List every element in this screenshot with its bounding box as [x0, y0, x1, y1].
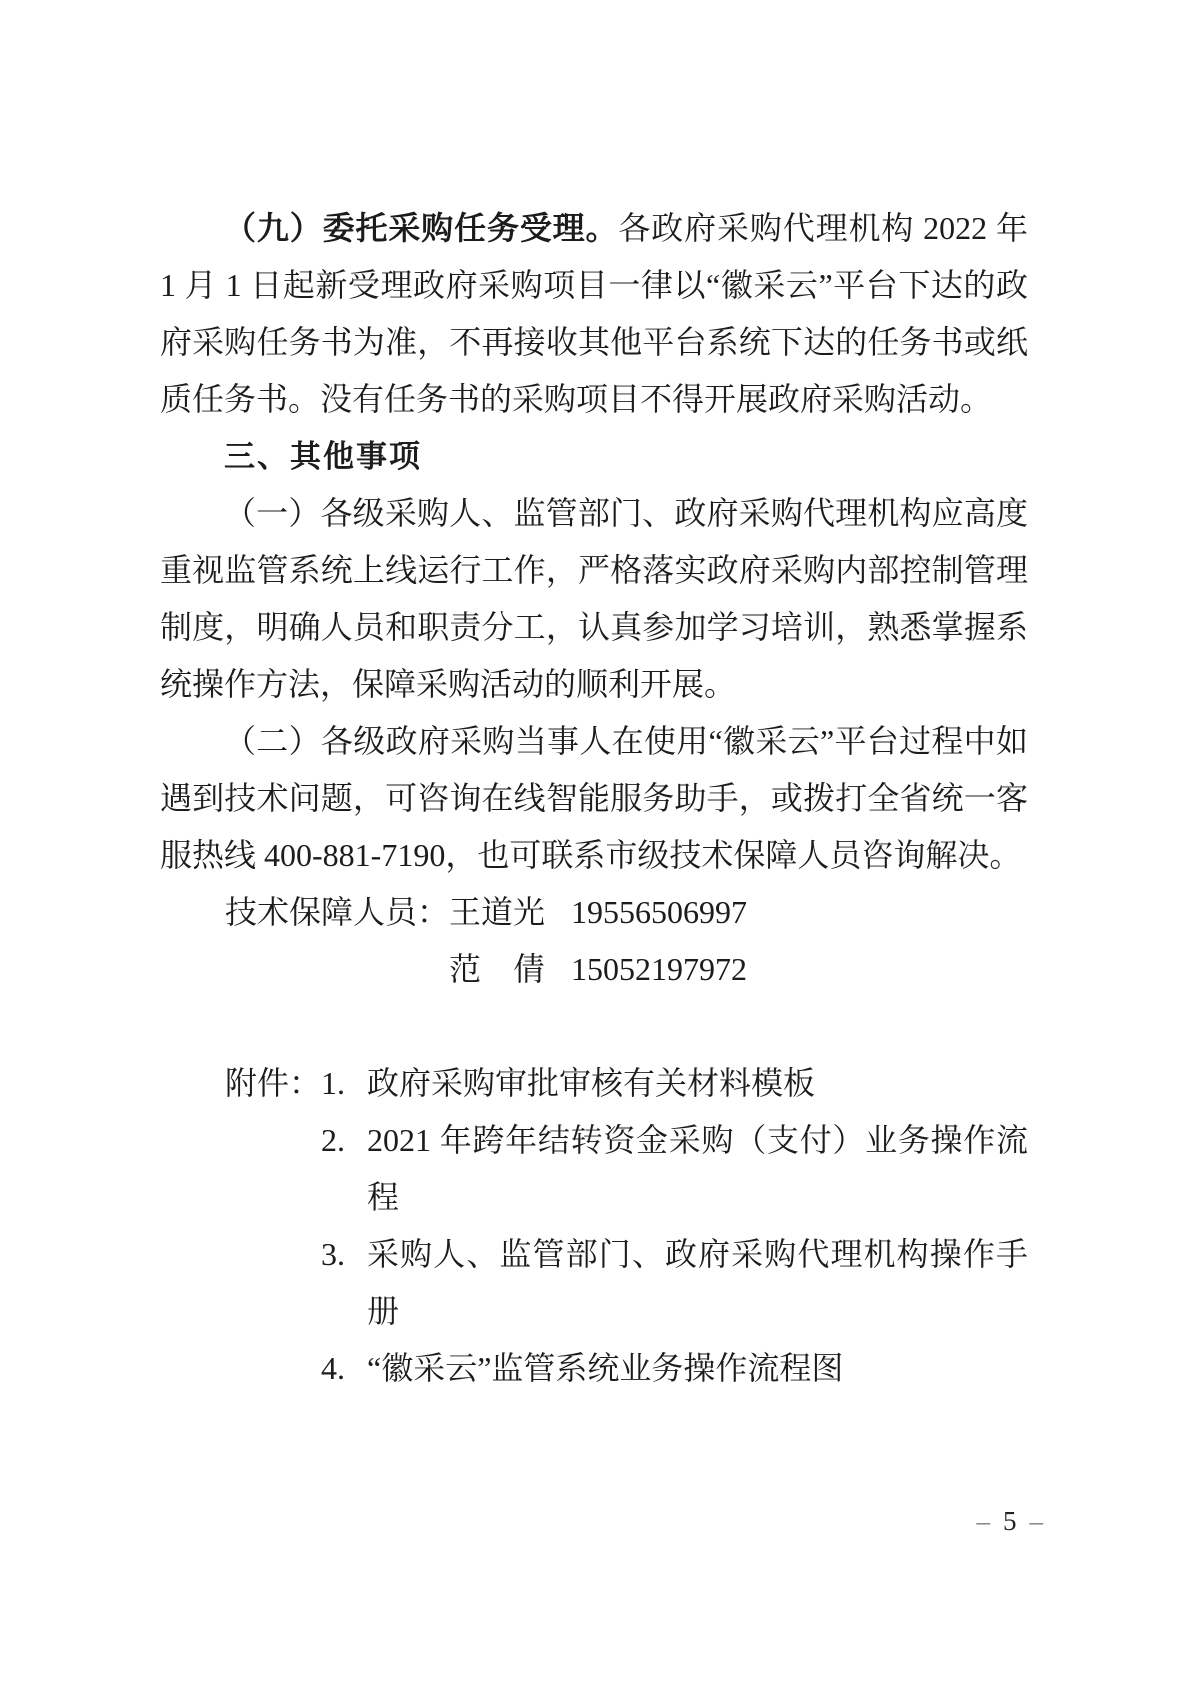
- paragraph-item-9: （九）委托采购任务受理。各政府采购代理机构 2022 年 1 月 1 日起新受理…: [160, 200, 1028, 428]
- section-heading-other-matters: 三、其他事项: [160, 428, 1028, 485]
- page-number-value: 5: [1003, 1506, 1017, 1536]
- attachments-label: 附件：: [225, 1055, 321, 1397]
- contact-name: 范 倩: [449, 941, 571, 998]
- attachment-title: 政府采购审批审核有关材料模板: [367, 1055, 1028, 1112]
- attachment-number: 3.: [321, 1226, 367, 1340]
- attachment-item: 3. 采购人、监管部门、政府采购代理机构操作手册: [321, 1226, 1028, 1340]
- page-number: – 5 –: [977, 1506, 1044, 1536]
- attachment-number: 1.: [321, 1055, 367, 1112]
- attachment-item: 1. 政府采购审批审核有关材料模板: [321, 1055, 1028, 1112]
- attachment-number: 2.: [321, 1112, 367, 1226]
- tech-support-contacts: 技术保障人员： 王道光 19556506997 范 倩 15052197972: [225, 884, 1028, 998]
- page-number-right-dash: –: [1030, 1506, 1044, 1536]
- document-body: （九）委托采购任务受理。各政府采购代理机构 2022 年 1 月 1 日起新受理…: [160, 200, 1028, 1397]
- contact-row: 技术保障人员： 王道光 19556506997: [225, 884, 1028, 941]
- contact-name: 王道光: [449, 884, 571, 941]
- attachment-item: 2. 2021 年跨年结转资金采购（支付）业务操作流程: [321, 1112, 1028, 1226]
- paragraph-item-1: （一）各级采购人、监管部门、政府采购代理机构应高度重视监管系统上线运行工作，严格…: [160, 485, 1028, 713]
- paragraph-item-9-lead: （九）委托采购任务受理。: [224, 210, 618, 246]
- contact-phone: 19556506997: [571, 884, 747, 941]
- attachments-items: 1. 政府采购审批审核有关材料模板 2. 2021 年跨年结转资金采购（支付）业…: [321, 1055, 1028, 1397]
- paragraph-item-2: （二）各级政府采购当事人在使用“徽采云”平台过程中如遇到技术问题，可咨询在线智能…: [160, 713, 1028, 884]
- contact-row: 范 倩 15052197972: [225, 941, 1028, 998]
- contact-label: 技术保障人员：: [225, 884, 449, 941]
- attachment-title: 2021 年跨年结转资金采购（支付）业务操作流程: [367, 1112, 1028, 1226]
- attachment-item: 4. “徽采云”监管系统业务操作流程图: [321, 1340, 1028, 1397]
- attachments-list: 附件： 1. 政府采购审批审核有关材料模板 2. 2021 年跨年结转资金采购（…: [225, 1055, 1028, 1397]
- attachment-title: “徽采云”监管系统业务操作流程图: [367, 1340, 1028, 1397]
- attachment-title: 采购人、监管部门、政府采购代理机构操作手册: [367, 1226, 1028, 1340]
- contact-phone: 15052197972: [571, 941, 747, 998]
- attachment-number: 4.: [321, 1340, 367, 1397]
- page-number-left-dash: –: [977, 1506, 991, 1536]
